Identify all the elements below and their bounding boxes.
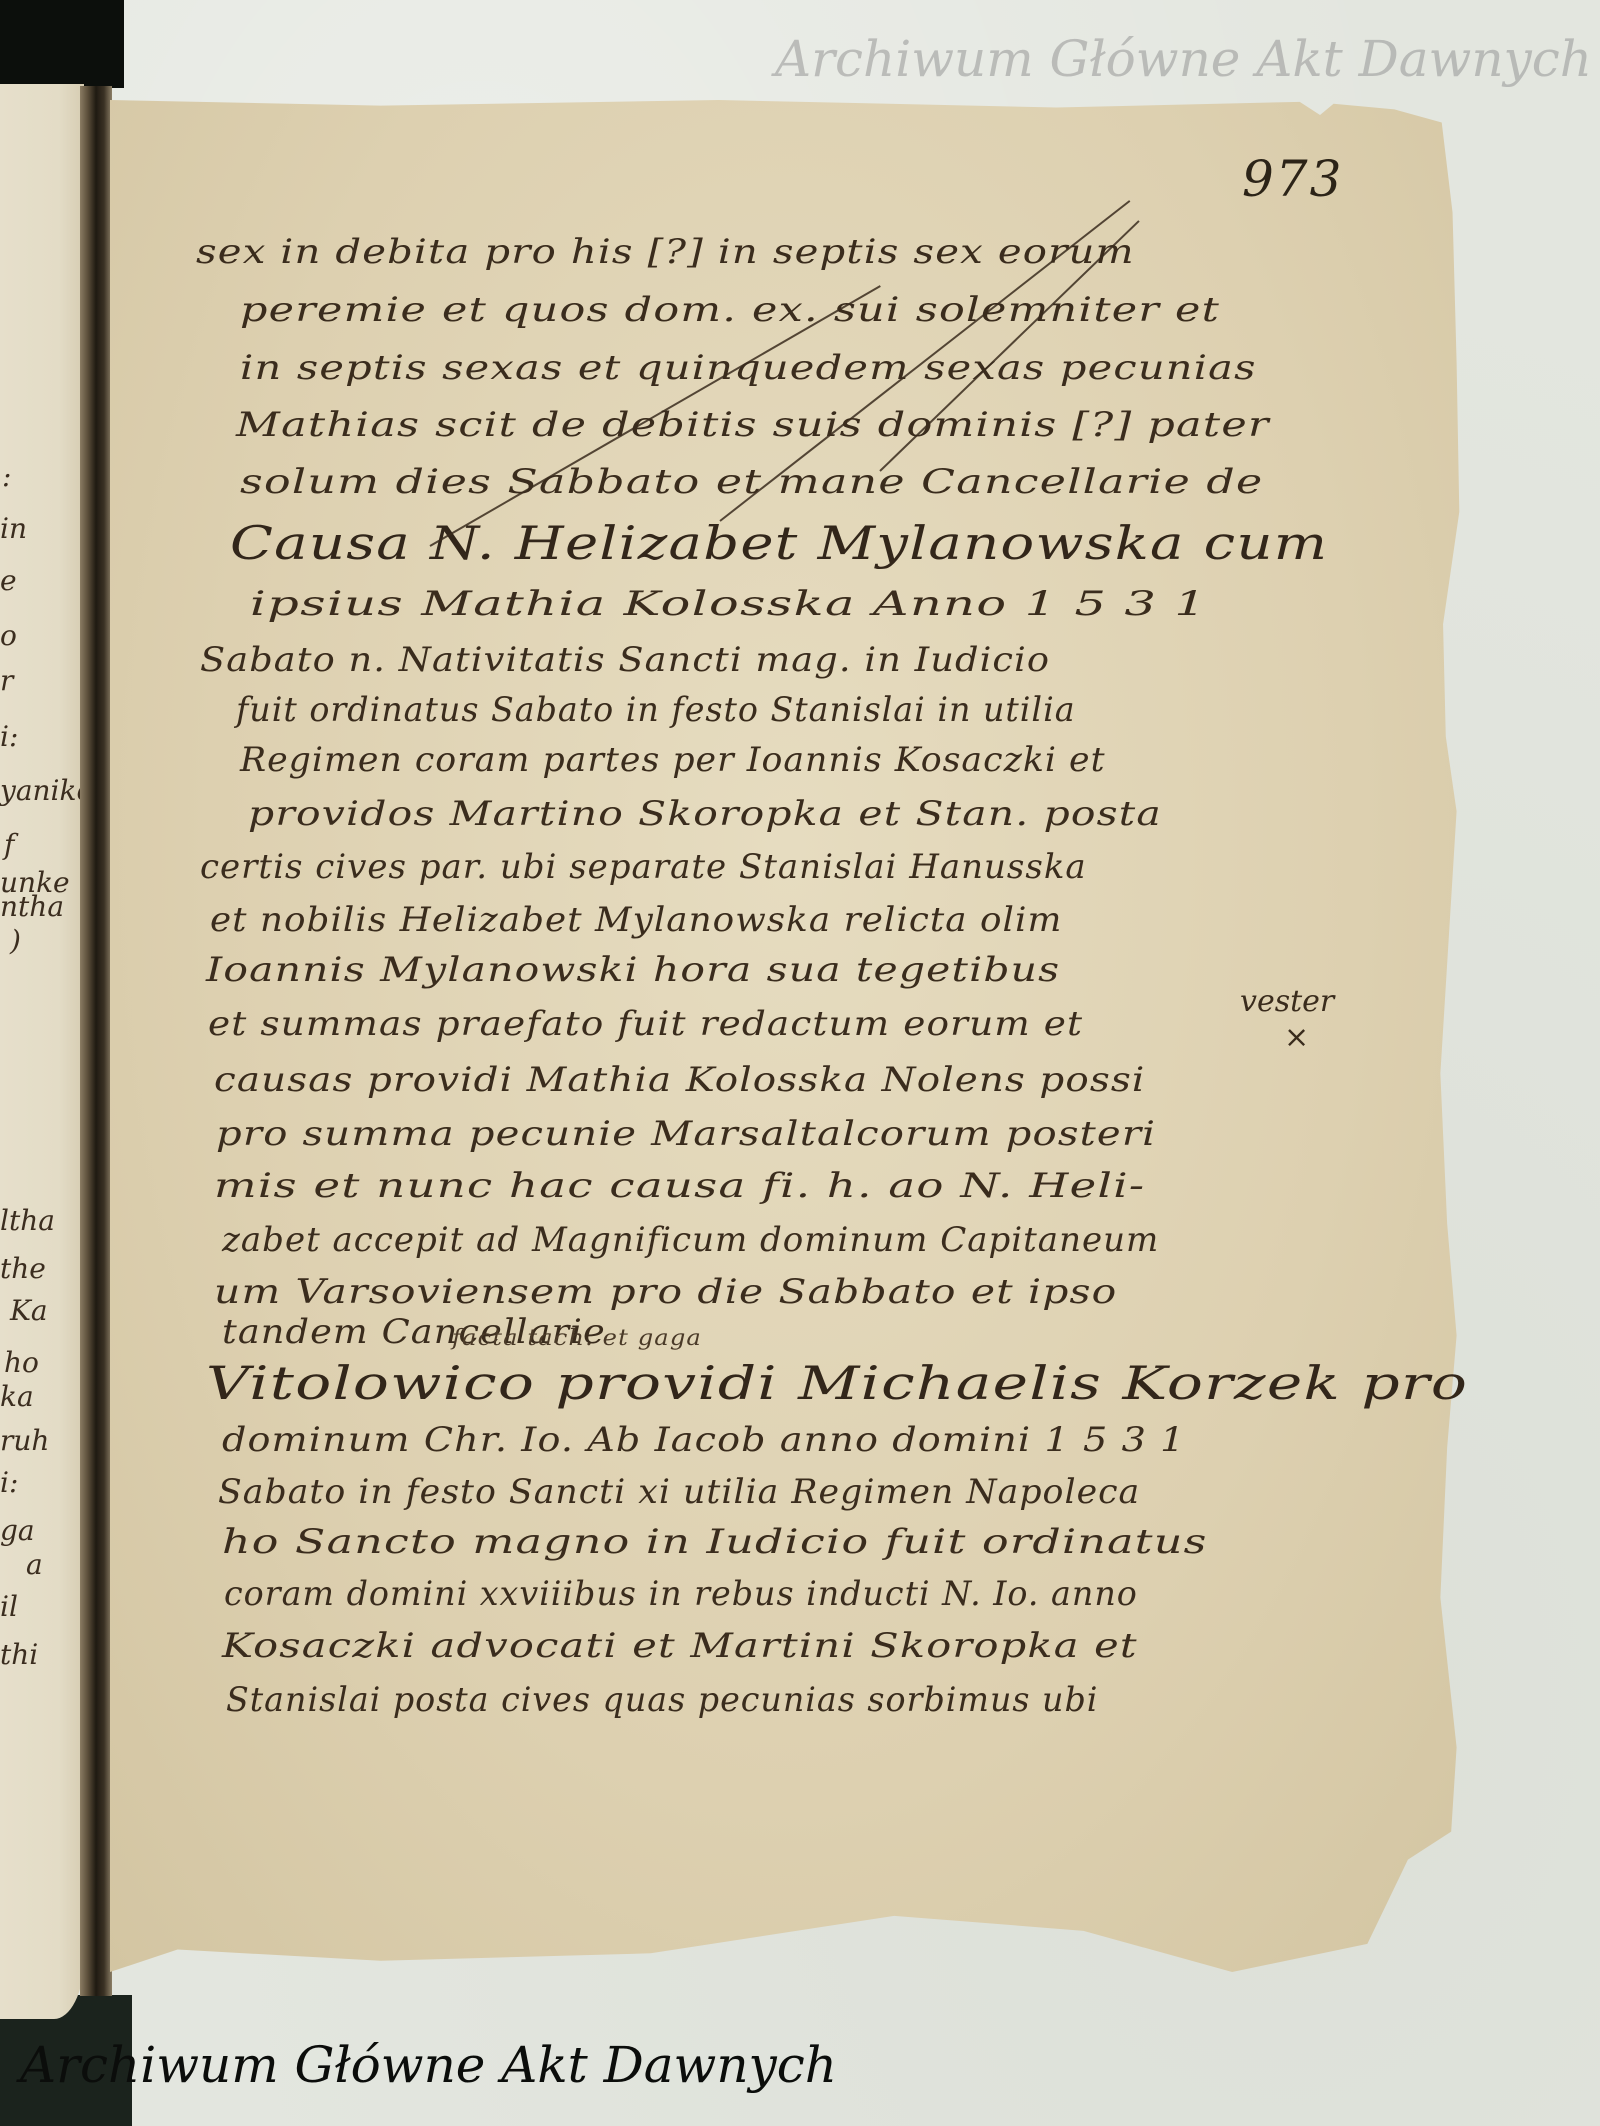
interlinear-insert: facta tach. et gaga (452, 1326, 702, 1351)
left-page-fragment: : (2, 460, 11, 493)
left-page-fragment: ho (4, 1346, 39, 1379)
manuscript-line: providos Martino Skoropka et Stan. posta (248, 794, 1162, 834)
left-page-fragment: i: (0, 1466, 18, 1499)
manuscript-line: certis cives par. ubi separate Stanislai… (200, 847, 1087, 887)
manuscript-line: mis et nunc hac causa fi. h. ao N. Heli- (214, 1166, 1145, 1206)
manuscript-line: Mathias scit de debitis suis dominis [?]… (236, 405, 1270, 445)
left-page-fragment: ltha (0, 1204, 55, 1237)
archive-watermark-bottom: Archiwum Główne Akt Dawnych (20, 2036, 837, 2094)
manuscript-line: dominum Chr. Io. Ab Iacob anno domini 1 … (222, 1420, 1186, 1460)
manuscript-line: causas providi Mathia Kolosska Nolens po… (214, 1060, 1145, 1100)
scan-border-top-left (0, 0, 124, 88)
watermark-bottom-text: Archiwum Główne Akt Dawnych (20, 2036, 837, 2094)
left-page-fragment: ga (0, 1514, 35, 1547)
manuscript-line: ho Sancto magno in Iudicio fuit ordinatu… (222, 1522, 1208, 1562)
left-page-fragment: ntha (0, 890, 64, 923)
case-heading: Vitolowico providi Michaelis Korzek pro (206, 1356, 1468, 1410)
manuscript-line: Ioannis Mylanowski hora sua tegetibus (206, 950, 1060, 990)
manuscript-line: um Varsoviensem pro die Sabbato et ipso (214, 1272, 1117, 1312)
manuscript-line: Kosaczki advocati et Martini Skoropka et (222, 1626, 1138, 1666)
manuscript-line: in septis sexas et quinquedem sexas pecu… (240, 348, 1257, 388)
folio-number: 973 (1242, 150, 1343, 208)
manuscript-line: et summas praefato fuit redactum eorum e… (208, 1004, 1083, 1044)
manuscript-line: peremie et quos dom. ex. sui solemniter … (240, 290, 1220, 330)
manuscript-line: sex in debita pro his [?] in septis sex … (196, 232, 1135, 272)
left-page-fragment: o (0, 619, 17, 652)
manuscript-line: Stanislai posta cives quas pecunias sorb… (226, 1680, 1098, 1720)
manuscript-line: fuit ordinatus Sabato in festo Stanislai… (236, 690, 1076, 730)
manuscript-line: pro summa pecunie Marsaltalcorum posteri (216, 1114, 1156, 1154)
left-page: : in e o r i: yanike f unke ntha ) ltha … (0, 84, 84, 2019)
insertion-mark-icon: × (1284, 1020, 1309, 1055)
archive-watermark-top: Archiwum Główne Akt Dawnych (775, 30, 1592, 88)
manuscript-line: Sabato n. Nativitatis Sancti mag. in Iud… (200, 640, 1050, 680)
manuscript-line: et nobilis Helizabet Mylanowska relicta … (210, 900, 1062, 940)
left-page-fragment: a (26, 1548, 43, 1581)
manuscript-line: coram domini xxviiibus in rebus inducti … (224, 1574, 1138, 1614)
margin-note: vester (1240, 984, 1334, 1019)
left-page-fragment: il (0, 1590, 18, 1623)
case-heading: Causa N. Helizabet Mylanowska cum (230, 516, 1328, 570)
left-page-fragment: thi (0, 1638, 38, 1671)
left-page-fragment: f (4, 828, 14, 861)
book-gutter (80, 86, 112, 1996)
manuscript-line: ipsius Mathia Kolosska Anno 1 5 3 1 (250, 584, 1207, 624)
left-page-fragment: Ka (10, 1294, 48, 1327)
manuscript-line: zabet accepit ad Magnificum dominum Capi… (222, 1220, 1159, 1260)
left-page-fragment: ) (10, 924, 21, 957)
manuscript-line: Regimen coram partes per Ioannis Kosaczk… (240, 740, 1106, 780)
manuscript-line: Sabato in festo Sancti xi utilia Regimen… (218, 1472, 1140, 1512)
left-page-fragment: i: (0, 720, 18, 753)
left-page-fragment: ruh (0, 1424, 49, 1457)
left-page-fragment: ka (0, 1380, 34, 1413)
left-page-fragment: r (0, 664, 13, 697)
left-page-fragment: in (0, 512, 27, 545)
left-page-fragment: e (0, 564, 17, 597)
left-page-fragment: the (0, 1252, 46, 1285)
